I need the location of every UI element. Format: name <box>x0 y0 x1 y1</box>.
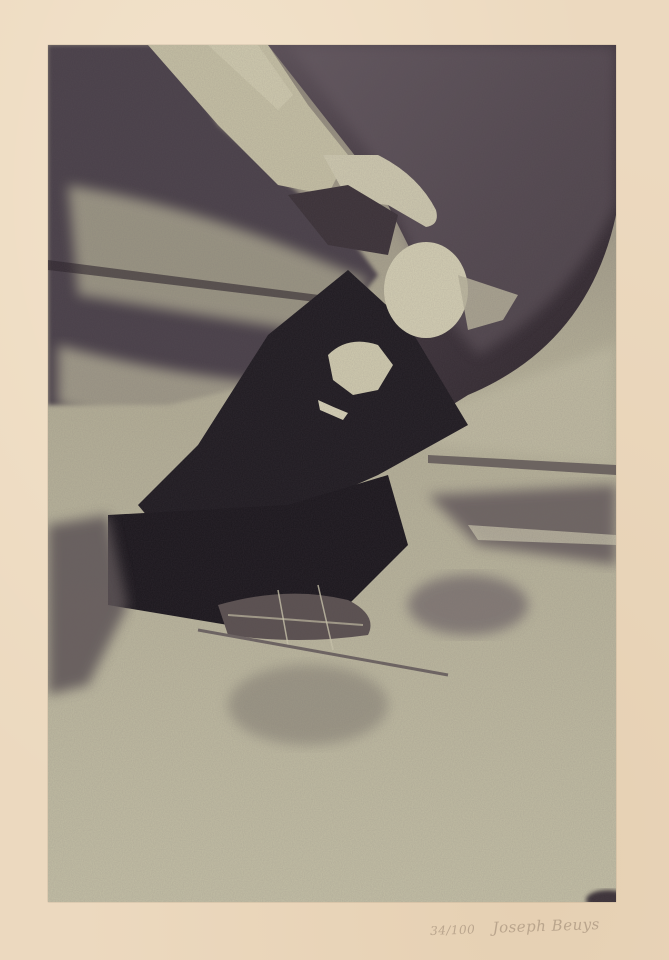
print-image <box>48 45 616 902</box>
photographic-print <box>48 45 616 902</box>
edition-number: 34/100 <box>430 922 476 938</box>
artist-signature: Joseph Beuys <box>492 915 600 937</box>
